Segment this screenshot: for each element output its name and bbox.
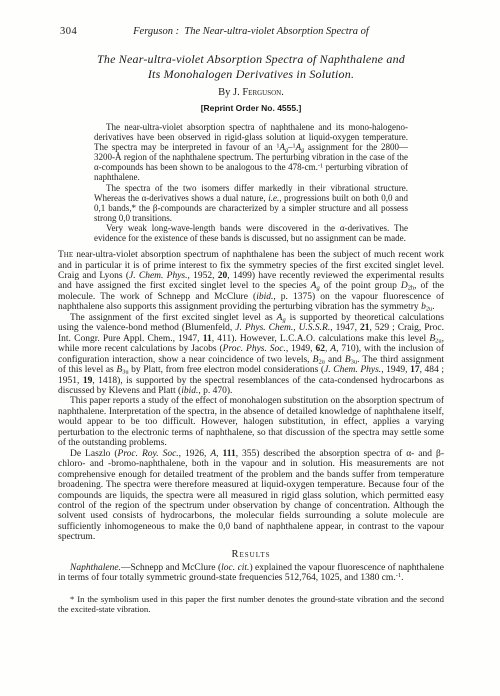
text-segment: J. Chem. Phys. bbox=[129, 271, 188, 281]
text-segment: 19 bbox=[83, 376, 93, 386]
article-title-line-1: The Near-ultra-violet Absorption Spectra… bbox=[97, 52, 405, 66]
results-paragraph: Naphthalene.—Schnepp and McClure (loc. c… bbox=[58, 563, 444, 584]
text-segment: Proc. Phys. Soc. bbox=[223, 344, 286, 354]
text-segment: , 1947, bbox=[330, 323, 360, 333]
text-segment: , 1926, bbox=[179, 449, 211, 459]
text-segment: , 1949, bbox=[286, 344, 316, 354]
text-segment: The bbox=[58, 250, 73, 260]
text-segment: 11 bbox=[203, 334, 212, 344]
text-segment: 111 bbox=[223, 449, 236, 459]
results-heading: Results bbox=[58, 549, 444, 560]
text-segment: Very weak long-wave-length bands were di… bbox=[94, 223, 408, 243]
text-segment: , 355) described the absorption spectra … bbox=[58, 449, 444, 543]
text-segment: This paper reports a study of the effect… bbox=[58, 396, 444, 448]
text-segment: ibid. bbox=[256, 292, 273, 302]
article-body: The near-ultra-violet absorption spectru… bbox=[58, 250, 444, 543]
text-segment: D bbox=[401, 281, 408, 291]
page-number: 304 bbox=[60, 26, 77, 37]
text-segment: , 1952, bbox=[188, 271, 218, 281]
text-segment: . bbox=[432, 302, 434, 312]
text-segment: 20 bbox=[218, 271, 228, 281]
text-segment: 62 bbox=[315, 344, 325, 354]
body-paragraph-3: This paper reports a study of the effect… bbox=[58, 396, 444, 448]
text-segment: J. Chem. Phys. bbox=[324, 365, 381, 375]
text-segment: 17 bbox=[410, 365, 420, 375]
reprint-order-note: [Reprint Order No. 4555.] bbox=[58, 103, 444, 113]
byline-prefix: By J. bbox=[218, 87, 242, 98]
article-title: The Near-ultra-violet Absorption Spectra… bbox=[58, 52, 444, 81]
journal-page: 304 Ferguson : The Near-ultra-violet Abs… bbox=[0, 0, 500, 696]
body-paragraph-2: The assignment of the first excited sing… bbox=[58, 313, 444, 397]
text-segment: of the point group bbox=[320, 281, 401, 291]
footnote: * In the symbolism used in this paper th… bbox=[58, 594, 444, 615]
running-title: Ferguson : The Near-ultra-violet Absorpt… bbox=[58, 26, 444, 37]
abstract: The near-ultra-violet absorption spectra… bbox=[94, 122, 408, 243]
text-segment: . bbox=[401, 573, 403, 583]
text-segment: i.e. bbox=[268, 193, 279, 203]
text-segment: * In the symbolism used in this paper th… bbox=[58, 594, 444, 614]
author-name: Ferguson bbox=[242, 87, 281, 98]
byline-suffix: . bbox=[281, 87, 284, 98]
text-segment: J. Phys. Chem., U.S.S.R. bbox=[235, 323, 330, 333]
text-segment: , 1418), is supported by the spectral re… bbox=[58, 376, 444, 396]
text-segment: , p. 470). bbox=[198, 386, 232, 396]
body-paragraph-1: The near-ultra-violet absorption spectru… bbox=[58, 250, 444, 313]
text-segment: De Laszlo ( bbox=[70, 449, 118, 459]
text-segment: Proc. Roy. Soc. bbox=[118, 449, 179, 459]
abstract-paragraph-3: Very weak long-wave-length bands were di… bbox=[94, 223, 408, 243]
text-segment: by Platt, from free electron model consi… bbox=[129, 365, 324, 375]
text-segment: loc. cit. bbox=[221, 563, 249, 573]
text-segment: , 1949, bbox=[381, 365, 410, 375]
text-segment: and bbox=[325, 355, 345, 365]
running-header: 304 Ferguson : The Near-ultra-violet Abs… bbox=[58, 26, 444, 39]
abstract-paragraph-1: The near-ultra-violet absorption spectra… bbox=[94, 122, 408, 183]
text-segment: The assignment of the first excited sing… bbox=[70, 313, 277, 323]
text-segment: Naphthalene. bbox=[70, 563, 121, 573]
byline: By J. Ferguson. bbox=[58, 87, 444, 98]
article-title-line-2: Its Monohalogen Derivatives in Solution. bbox=[148, 67, 354, 81]
text-segment: —Schnepp and McClure ( bbox=[121, 563, 221, 573]
body-paragraph-4: De Laszlo (Proc. Roy. Soc., 1926, A, 111… bbox=[58, 449, 444, 543]
abstract-paragraph-2: The spectra of the two isomers differ ma… bbox=[94, 183, 408, 223]
footnote-text: * In the symbolism used in this paper th… bbox=[58, 594, 444, 615]
text-segment: , 411). However, L.C.A.O. calculations m… bbox=[212, 334, 430, 344]
text-segment: ibid. bbox=[181, 386, 198, 396]
